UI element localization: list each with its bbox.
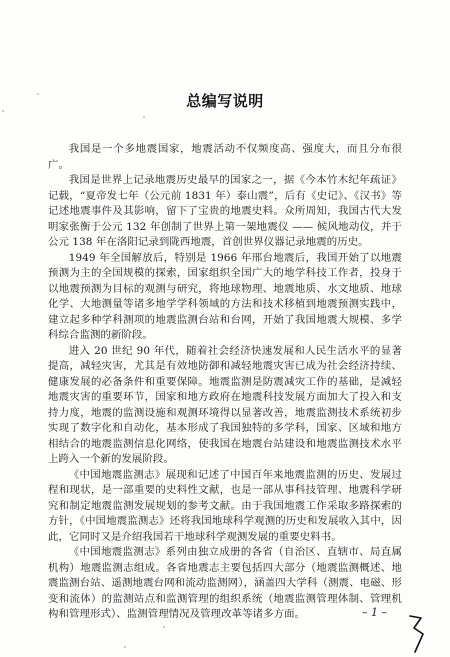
scan-speck <box>163 626 165 628</box>
scan-speck <box>380 595 382 597</box>
scan-speck <box>37 93 39 95</box>
paragraph: 我国是世界上记录地震历史最早的国家之一，据《今本竹木纪年疏证》记载，“夏帝发七年… <box>48 173 402 251</box>
paragraph: 进入 20 世纪 90 年代，随着社会经济快速发展和人民生活水平的显著提高，减轻… <box>48 344 402 468</box>
paragraph: 1949 年全国解放后，特别是 1966 年邢台地震后，我国开始了以地震预测为主… <box>48 251 402 344</box>
paragraph: 《中国地震监测志》系列由独立成册的各省（自治区、直辖市、局直属机构）地震监测志组… <box>48 545 402 623</box>
document-page: 总编写说明 我国是一个多地震国家，地震活动不仅频度高、强度大，而且分布很广。 我… <box>0 0 450 657</box>
body-text: 我国是一个多地震国家，地震活动不仅频度高、强度大，而且分布很广。 我国是世界上记… <box>48 142 402 623</box>
scan-speck <box>143 116 145 118</box>
scan-speck <box>2 110 4 112</box>
page-title: 总编写说明 <box>0 90 450 111</box>
page-number: – 1 – <box>362 606 387 619</box>
handwritten-number-icon <box>406 612 428 654</box>
paragraph: 《中国地震监测志》展现和记述了中国百年来地震监测的历史、发展过程和现状，是一部重… <box>48 468 402 546</box>
scan-speck <box>124 646 126 648</box>
paragraph: 我国是一个多地震国家，地震活动不仅频度高、强度大，而且分布很广。 <box>48 142 402 173</box>
